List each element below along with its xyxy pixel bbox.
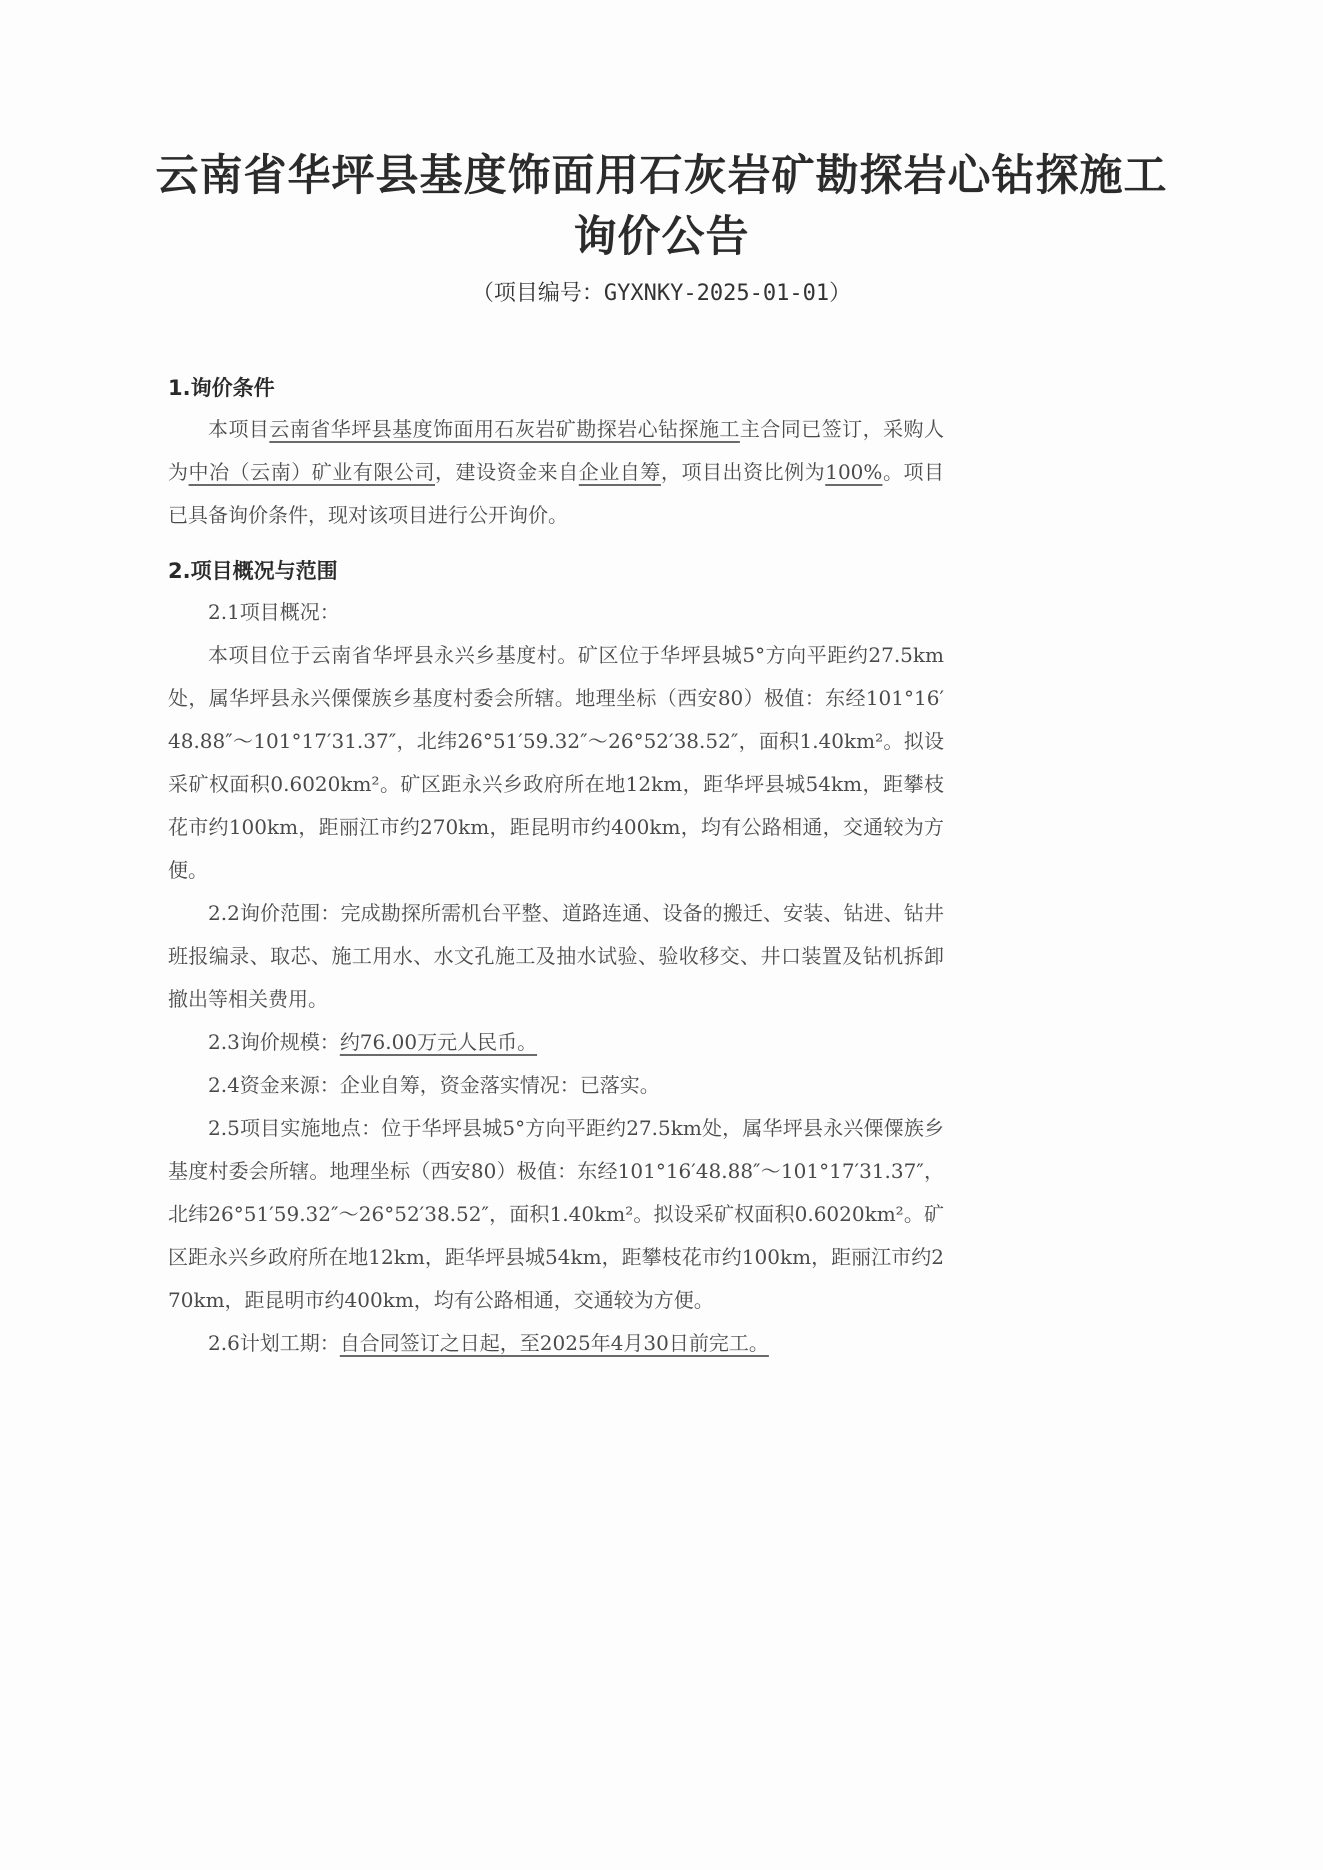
text-run: ，项目出资比例为 [661,460,825,484]
implementation-site-text: 位于华坪县城5°方向平距约27.5km处，属华坪县永兴傈僳族乡基度村委会所辖。地… [168,1116,944,1312]
fund-source-text: 企业自筹，资金落实情况：已落实。 [340,1073,660,1097]
funding-ratio-underlined: 100% [825,460,882,484]
document-title-line1: 云南省华坪县基度饰面用石灰岩矿勘探岩心钻探施工 [0,142,1323,203]
project-number: （项目编号：GYXNKY-2025-01-01） [0,276,1323,307]
buyer-name-underlined: 中冶（云南）矿业有限公司 [189,460,435,484]
subsection-2-5-label: 2.5项目实施地点： [208,1116,381,1140]
section-heading-inquiry-conditions: 1.询价条件 [168,368,944,408]
subsection-2-3-label: 2.3询价规模： [208,1030,340,1054]
inquiry-scale-value: 约76.00万元人民币。 [340,1030,537,1054]
subsection-2-4-label: 2.4资金来源： [208,1073,340,1097]
inquiry-conditions-paragraph: 本项目云南省华坪县基度饰面用石灰岩矿勘探岩心钻探施工主合同已签订，采购人为中冶（… [168,408,944,537]
section-heading-project-overview: 2.项目概况与范围 [168,551,944,591]
document-title-line2: 询价公告 [0,203,1323,264]
schedule-paragraph: 2.6计划工期：自合同签订之日起，至2025年4月30日前完工。 [168,1322,944,1365]
subsection-2-2-label: 2.2询价范围： [208,901,341,925]
document-body: 1.询价条件 本项目云南省华坪县基度饰面用石灰岩矿勘探岩心钻探施工主合同已签订，… [168,368,944,1365]
project-overview-paragraph: 本项目位于云南省华坪县永兴乡基度村。矿区位于华坪县城5°方向平距约27.5km处… [168,634,944,892]
project-name-underlined: 云南省华坪县基度饰面用石灰岩矿勘探岩心钻探施工 [269,417,740,441]
inquiry-scale-paragraph: 2.3询价规模：约76.00万元人民币。 [168,1021,944,1064]
text-run: ，建设资金来自 [435,460,579,484]
schedule-value: 自合同签订之日起，至2025年4月30日前完工。 [340,1331,769,1355]
subsection-2-6-label: 2.6计划工期： [208,1331,340,1355]
subsection-2-1-label: 2.1项目概况： [168,591,944,634]
document-page: 云南省华坪县基度饰面用石灰岩矿勘探岩心钻探施工 询价公告 （项目编号：GYXNK… [0,0,1323,1870]
implementation-site-paragraph: 2.5项目实施地点：位于华坪县城5°方向平距约27.5km处，属华坪县永兴傈僳族… [168,1107,944,1322]
fund-source-underlined: 企业自筹 [579,460,661,484]
text-run: 本项目 [208,417,269,441]
inquiry-scope-paragraph: 2.2询价范围：完成勘探所需机台平整、道路连通、设备的搬迁、安装、钻进、钻井班报… [168,892,944,1021]
fund-source-paragraph: 2.4资金来源：企业自筹，资金落实情况：已落实。 [168,1064,944,1107]
